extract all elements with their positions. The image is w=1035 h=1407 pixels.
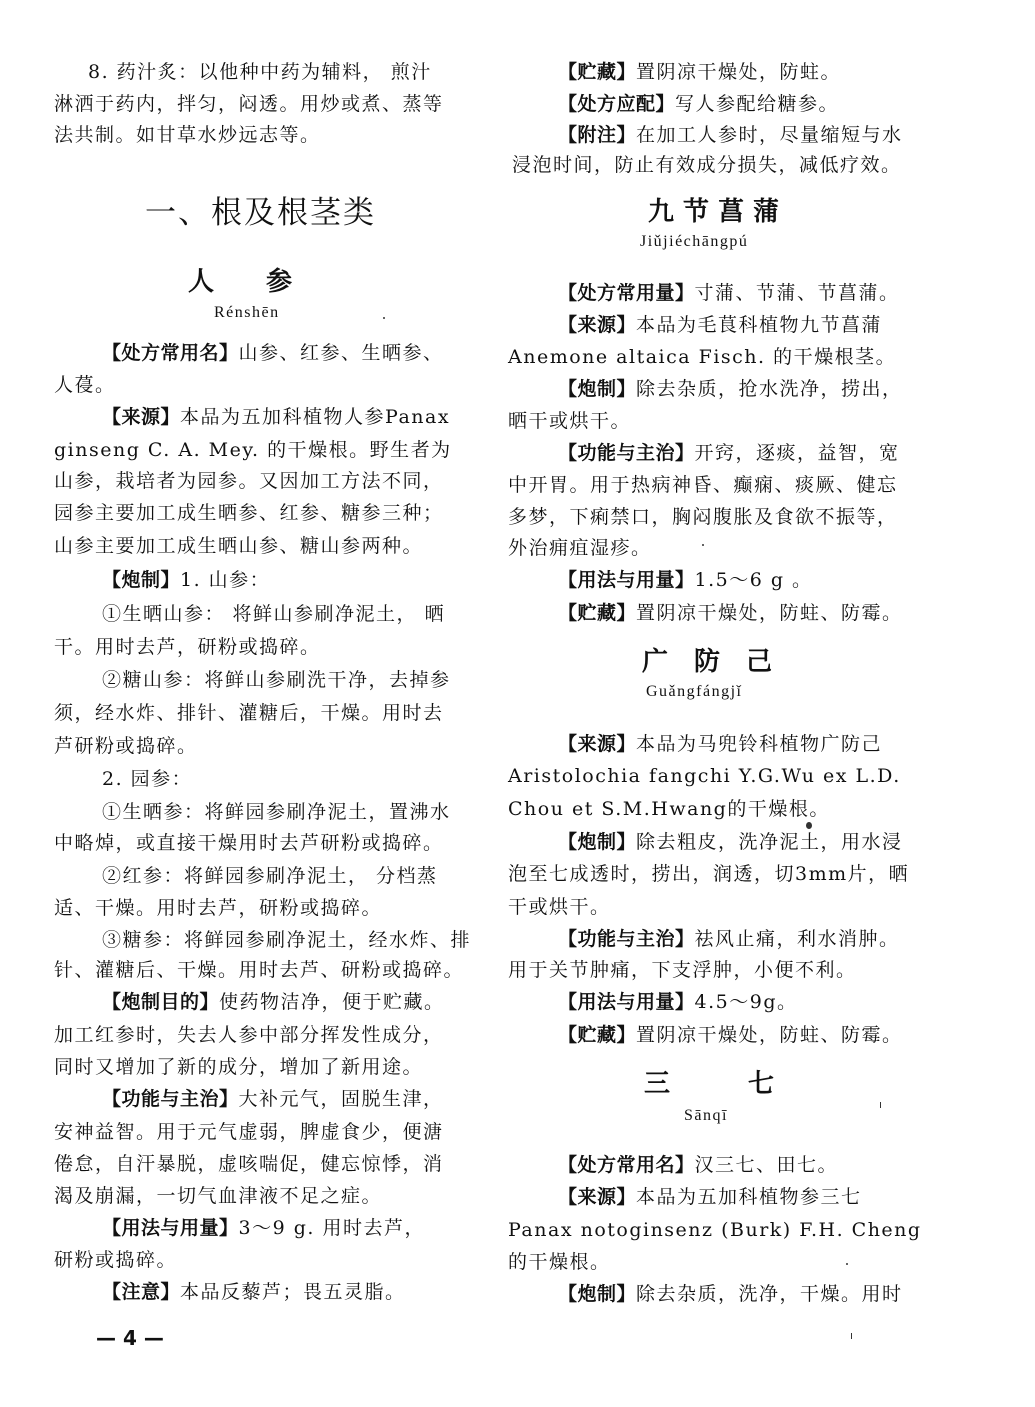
text-line: 【来源】本品为五加科植物人参Panax [102,405,450,429]
text-line: 【来源】本品为五加科植物参三七 [558,1185,862,1209]
text-line: 【功能与主治】大补元气，固脱生津， [102,1087,444,1111]
ink-speck [851,1333,852,1339]
field-label: 【贮藏】 [558,61,636,83]
text-line: 【来源】本品为马兜铃科植物广防己 [558,732,882,756]
field-label: 【炮制】 [102,569,180,591]
text-line: 干或烘干。 [508,895,611,919]
field-label: 【附注】 [558,124,636,146]
text-line: 晒干或烘干。 [508,409,631,433]
text-line: 针、灌糖后、干燥。用时去芦、研粉或捣碎。 [54,958,464,982]
text-line: 【功能与主治】开窍，逐痰，益智，宽 [558,441,900,465]
ink-speck [880,1102,881,1108]
entry-pinyin: Guǎngfángjǐ [646,682,742,702]
text-line: ②红参：将鲜园参刷净泥土， 分档蒸 [102,864,438,888]
intro-line: 8. 药汁炙：以他种中药为辅料， 煎汁 [88,60,432,84]
field-label: 【来源】 [558,314,636,336]
text-line: 【功能与主治】祛风止痛，利水消肿。 [558,927,900,951]
text-line: 用于关节肿痛，下支浮肿，小便不利。 [508,958,857,982]
field-label: 【功能与主治】 [558,928,695,950]
text-line: 的干燥根。 [508,1250,611,1274]
text-line: 【贮藏】置阴凉干燥处，防蛀。 [558,60,841,84]
text-line: 【注意】本品反藜芦；畏五灵脂。 [102,1280,406,1304]
field-label: 【贮藏】 [558,602,636,624]
text-line: ①生晒参：将鲜园参刷净泥土，置沸水 [102,800,451,824]
text-line: 【来源】本品为毛茛科植物九节菖蒲 [558,313,882,337]
ink-speck [846,1263,848,1265]
text-line: ①生晒山参： 将鲜山参刷净泥土， 晒 [102,602,445,626]
text-line: 【用法与用量】4.5～9g。 [558,990,797,1014]
text-line: Aristolochia fangchi Y.G.Wu ex L.D. [508,764,901,788]
text-line: 【处方常用名】山参、红参、生晒参、 [102,341,444,365]
text-line: 【炮制】除去杂质，抢水洗净，捞出， [558,377,903,401]
field-label: 【炮制目的】 [102,991,219,1013]
text-line: 【炮制目的】使药物洁净，便于贮藏。 [102,990,445,1014]
entry-title: 九 节 菖 蒲 [648,196,779,228]
text-line: 【用法与用量】1.5～6 g 。 [558,568,813,592]
text-line: 山参，栽培者为园参。又因加工方法不同， [54,469,444,493]
section-title: 一、根及根茎类 [145,194,376,232]
field-label: 【处方常用名】 [102,342,239,364]
text-line: 外治痈疽湿疹。 [508,536,652,560]
text-line: 加工红参时，失去人参中部分挥发性成分， [54,1023,444,1047]
text-line: Panax notoginsenz (Burk) F.H. Cheng [508,1218,922,1242]
text-line: 安神益智。用于元气虚弱，脾虚食少，便溏 [54,1120,444,1144]
text-line: Chou et S.M.Hwang的干燥根。 [508,797,830,821]
text-line: 渴及崩漏，一切气血津液不足之症。 [54,1184,382,1208]
field-label: 【炮制】 [558,831,636,853]
entry-title: 三 七 [644,1068,774,1100]
field-label: 【功能与主治】 [558,442,695,464]
intro-line: 法共制。如甘草水炒远志等。 [54,123,321,147]
field-label: 【处方常用量】 [558,282,695,304]
text-line: 【炮制】除去杂质，洗净，干燥。用时 [558,1282,903,1306]
text-line: 【处方常用名】汉三七、田七。 [558,1153,838,1177]
text-line: 人葠。 [54,373,116,397]
text-line: ginseng C. A. Mey. 的干燥根。野生者为 [54,438,452,462]
field-label: 【处方应配】 [558,93,675,115]
text-line: 研粉或捣碎。 [54,1248,177,1272]
page-number: — 4 — [96,1326,164,1350]
field-label: 【来源】 [102,406,180,428]
text-line: 芦研粉或捣碎。 [54,734,198,758]
text-line: ②糖山参：将鲜山参刷洗干净，去掉参 [102,668,451,692]
text-line: 多梦，下痢禁口，胸闷腹胀及食欲不振等， [508,505,898,529]
text-line: 【炮制】1. 山参： [102,568,270,592]
text-line: 干。用时去芦，研粉或捣碎。 [54,635,321,659]
text-line: 同时又增加了新的成分，增加了新用途。 [54,1055,423,1079]
text-line: 【贮藏】置阴凉干燥处，防蛀、防霉。 [558,1023,903,1047]
text-line: 山参主要加工成生晒山参、糖山参两种。 [54,534,423,558]
entry-title: 广 防 己 [642,646,772,678]
entry-pinyin: Jiǔjiéchāngpú [640,232,748,252]
text-line: 【贮藏】置阴凉干燥处，防蛀、防霉。 [558,601,903,625]
field-label: 【注意】 [102,1281,180,1303]
entry-title: 人 参 [188,266,292,298]
text-line: Anemone altaica Fisch. 的干燥根茎。 [508,345,896,369]
text-line: 中开胃。用于热病神昏、癫痫、痰厥、健忘 [508,473,898,497]
field-label: 【炮制】 [558,378,636,400]
text-line: 【用法与用量】3～9 g. 用时去芦， [102,1216,425,1240]
field-label: 【用法与用量】 [558,991,695,1013]
entry-pinyin: Sānqī [684,1106,728,1126]
text-line: 【处方常用量】寸蒲、节蒲、节菖蒲。 [558,281,900,305]
field-label: 【用法与用量】 [102,1217,239,1239]
text-line: 倦怠，自汗暴脱，虚咳喘促，健忘惊悸，消 [54,1152,444,1176]
field-label: 【来源】 [558,1186,636,1208]
field-label: 【功能与主治】 [102,1088,239,1110]
text-line: 【处方应配】写人参配给糖参。 [558,92,839,116]
intro-line: 淋洒于药内，拌匀，闷透。用炒或煮、蒸等 [54,92,444,116]
ink-speck [702,544,704,546]
field-label: 【炮制】 [558,1283,636,1305]
text-line: 2. 园参： [102,767,192,791]
text-line: 适、干燥。用时去芦，研粉或捣碎。 [54,896,382,920]
field-label: 【来源】 [558,733,636,755]
text-line: 【炮制】除去粗皮，洗净泥土，用水浸 [558,830,903,854]
text-line: ③糖参：将鲜园参刷净泥土，经水炸、排 [102,928,471,952]
ink-speck [383,317,385,319]
text-line: 泡至七成透时，捞出，润透，切3mm片，晒 [508,862,909,886]
field-label: 【贮藏】 [558,1024,636,1046]
text-line: 须，经水炸、排针、灌糖后，干燥。用时去 [54,701,444,725]
text-line: 【附注】在加工人参时，尽量缩短与水 [558,123,903,147]
field-label: 【处方常用名】 [558,1154,695,1176]
entry-pinyin: Rénshēn [214,303,280,323]
text-line: 园参主要加工成生晒参、红参、糖参三种； [54,501,444,525]
field-label: 【用法与用量】 [558,569,695,591]
text-line: 浸泡时间，防止有效成分损失，减低疗效。 [512,153,902,177]
ink-blot [806,822,812,829]
text-line: 中略焯，或直接干燥用时去芦研粉或捣碎。 [54,831,444,855]
